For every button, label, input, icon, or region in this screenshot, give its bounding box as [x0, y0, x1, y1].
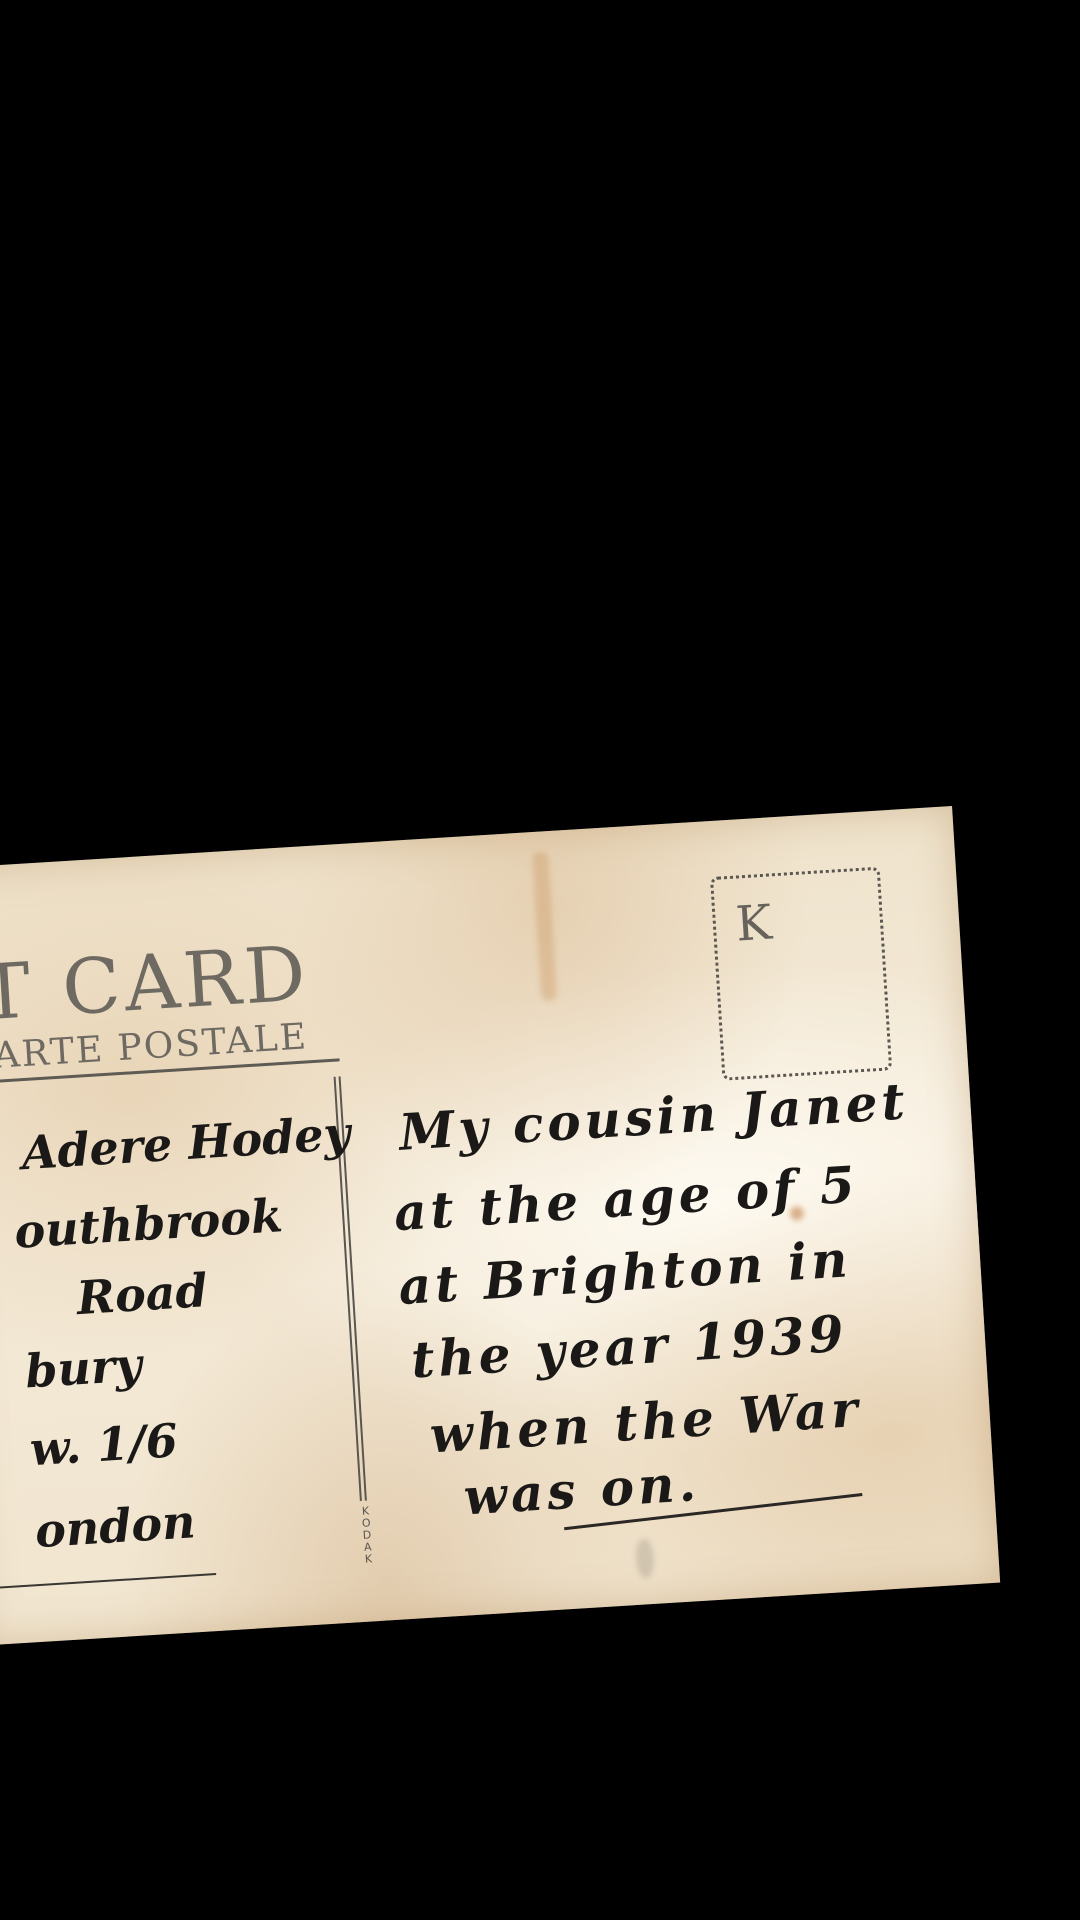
- address-line-1: Adere Hodey: [20, 1106, 352, 1180]
- message-line-5: when the War: [428, 1379, 863, 1465]
- stamp-letter: K: [734, 894, 773, 952]
- stamp-box: K: [710, 867, 892, 1081]
- address-line-6: ondon: [33, 1494, 196, 1558]
- address-underline: [0, 1573, 216, 1590]
- message-line-1: My cousin Janet: [397, 1071, 910, 1161]
- postcard: T CARD ARTE POSTALE K KODAK Adere Hodey …: [0, 806, 1000, 1646]
- message-line-4: the year 1939: [409, 1304, 849, 1390]
- kodak-brand-mark: KODAK: [358, 1505, 376, 1566]
- address-line-2: outhbrook: [13, 1188, 284, 1259]
- address-line-5: w. 1/6: [28, 1413, 179, 1476]
- message-line-3: at Brighton in: [397, 1229, 853, 1316]
- address-line-3: Road: [75, 1263, 209, 1325]
- address-line-4: bury: [24, 1337, 144, 1398]
- stain: [635, 1538, 655, 1579]
- stain: [532, 851, 557, 1002]
- message-line-2: at the age of 5: [392, 1155, 860, 1243]
- photo-stage: T CARD ARTE POSTALE K KODAK Adere Hodey …: [0, 0, 1080, 1920]
